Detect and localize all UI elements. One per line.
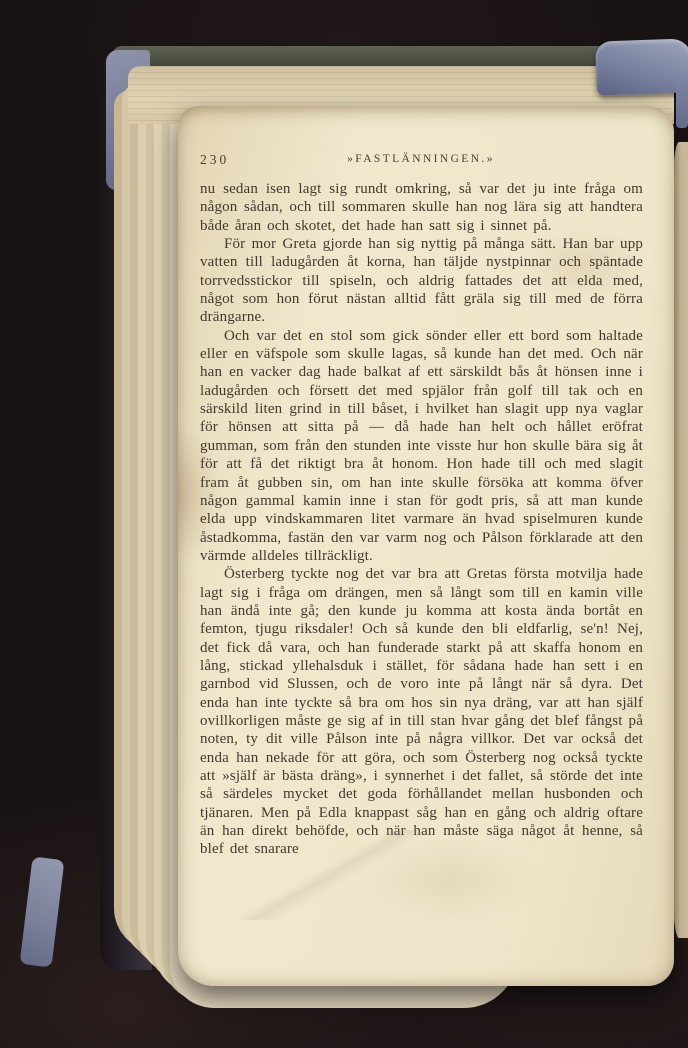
book-cover-corner-top-right-tail: [676, 84, 688, 128]
book-cover-corner-top-right: [595, 38, 688, 95]
photo-of-open-book: 230 »FASTLÄNNINGEN.» nu sedan isen lagt …: [0, 0, 688, 1048]
book-page: 230 »FASTLÄNNINGEN.» nu sedan isen lagt …: [178, 106, 674, 986]
paragraph: nu sedan isen lagt sig rundt omkring, så…: [200, 180, 643, 235]
paragraph: För mor Greta gjorde han sig nyttig på m…: [200, 235, 643, 327]
running-title: »FASTLÄNNINGEN.»: [200, 153, 642, 165]
paragraph: Österberg tyckte nog det var bra att Gre…: [200, 565, 643, 859]
page-header: 230 »FASTLÄNNINGEN.»: [200, 152, 642, 170]
book-cover-corner-bottom-left: [20, 856, 65, 967]
paragraph: Och var det en stol som gick sönder elle…: [200, 327, 643, 565]
facing-page-gutter-edge: [673, 142, 688, 938]
body-text: nu sedan isen lagt sig rundt omkring, så…: [200, 180, 643, 859]
